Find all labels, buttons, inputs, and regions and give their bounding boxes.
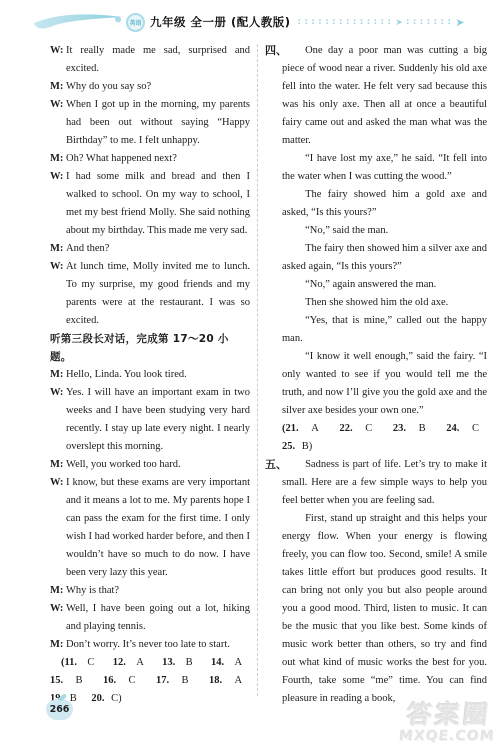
- dialogue-line: M:Why do you say so?: [50, 78, 250, 96]
- dialogue-line: W:Yes. I will have an important exam in …: [50, 384, 250, 456]
- answer-pair: (11. C: [61, 657, 94, 668]
- answer-letter: C: [365, 423, 372, 434]
- paragraph: “No,” again answered the man.: [282, 276, 487, 294]
- arrow-icon: ➤: [455, 16, 464, 29]
- speaker-label: M:: [50, 150, 66, 168]
- dialogue-text: Hello, Linda. You look tired.: [66, 369, 187, 380]
- answer-letter: A: [311, 423, 319, 434]
- answer-letter: B): [302, 441, 313, 452]
- column-divider: [257, 44, 258, 696]
- answer-pair: 23. B: [393, 423, 426, 434]
- answer-letter: B: [182, 675, 189, 686]
- paragraph: “I have lost my axe,” he said. “It fell …: [282, 150, 487, 186]
- dialogue-text: It really made me sad, surprised and exc…: [66, 45, 250, 74]
- answer-letter: A: [235, 675, 243, 686]
- answer-number: 12.: [113, 657, 126, 668]
- answer-pair: 20. C): [91, 693, 121, 704]
- dialogue-text: Oh? What happened next?: [66, 153, 177, 164]
- series-badge-label: 英语: [129, 18, 141, 27]
- paragraph: One day a poor man was cutting a big pie…: [282, 42, 487, 150]
- dotted-line: ::::::::::::::: [297, 17, 394, 27]
- answer-pair: (21. A: [282, 423, 319, 434]
- section-marker: 五、: [265, 456, 287, 474]
- paragraph: “Yes, that is mine,” called out the happ…: [282, 312, 487, 348]
- watermark: 答案圈 MXQE.COM: [398, 702, 498, 745]
- answer-pair: 18. A: [209, 675, 242, 686]
- dialogue-text: Well, you worked too hard.: [66, 459, 181, 470]
- answer-number: 16.: [103, 675, 116, 686]
- speaker-label: W:: [50, 600, 66, 618]
- speaker-label: W:: [50, 42, 66, 60]
- speaker-label: M:: [50, 366, 66, 384]
- dialogue-text: Why do you say so?: [66, 81, 151, 92]
- book-title: 九年级 全一册 (配人教版): [150, 14, 291, 30]
- speaker-label: M:: [50, 78, 66, 96]
- speaker-label: M:: [50, 456, 66, 474]
- answer-letter: B: [419, 423, 426, 434]
- dialogue-line: M:And then?: [50, 240, 250, 258]
- answer-pair: 13. B: [162, 657, 192, 668]
- answer-key-21-25: (21. A 22. C 23. B 24. C 25. B): [282, 420, 487, 456]
- dialogue-text: When I got up in the morning, my parents…: [66, 99, 250, 146]
- answer-number: 24.: [446, 423, 459, 434]
- page-body: W:It really made me sad, surprised and e…: [50, 42, 487, 708]
- dialogue-line: M:Hello, Linda. You look tired.: [50, 366, 250, 384]
- dialogue-text: Why is that?: [66, 585, 119, 596]
- speaker-label: W:: [50, 258, 66, 276]
- speaker-label: W:: [50, 384, 66, 402]
- speaker-label: W:: [50, 474, 66, 492]
- dialogue-line: M:Oh? What happened next?: [50, 150, 250, 168]
- answer-number: 15.: [50, 675, 63, 686]
- answer-pair: 22. C: [339, 423, 372, 434]
- right-column: 四、 One day a poor man was cutting a big …: [265, 42, 487, 708]
- answer-pair: 24. C: [446, 423, 479, 434]
- section-five: 五、 Sadness is part of life. Let’s try to…: [265, 456, 487, 708]
- page-number-badge: 266: [46, 699, 73, 720]
- paragraph: Sadness is part of life. Let’s try to ma…: [282, 456, 487, 510]
- speaker-label: M:: [50, 582, 66, 600]
- paragraph: First, stand up straight and this helps …: [282, 510, 487, 708]
- paragraph: “No,” said the man.: [282, 222, 487, 240]
- speaker-label: M:: [50, 636, 66, 654]
- answer-number: (11.: [61, 657, 77, 668]
- listening-section-heading: 听第三段长对话，完成第 17～20 小题。: [50, 330, 250, 366]
- swoosh-decoration-icon: [34, 12, 122, 32]
- speaker-label: W:: [50, 168, 66, 186]
- page-header: 英语 九年级 全一册 (配人教版) :::::::::::::: ➤ :::::…: [34, 9, 486, 35]
- answer-letter: A: [234, 657, 242, 668]
- answer-number: 25.: [282, 441, 295, 452]
- dialogue-line: W:I know, but these exams are very impor…: [50, 474, 250, 582]
- paragraph: The fairy then showed him a silver axe a…: [282, 240, 487, 276]
- dialogue-text: And then?: [66, 243, 109, 254]
- section-marker: 四、: [265, 42, 287, 60]
- section-four: 四、 One day a poor man was cutting a big …: [265, 42, 487, 456]
- answer-letter: A: [136, 657, 144, 668]
- series-badge-icon: 英语: [126, 13, 145, 32]
- answer-pair: 16. C: [103, 675, 136, 686]
- left-column: W:It really made me sad, surprised and e…: [50, 42, 250, 708]
- answer-number: 14.: [211, 657, 224, 668]
- answer-number: 17.: [156, 675, 169, 686]
- paragraph: “I know it well enough,” said the fairy.…: [282, 348, 487, 420]
- dialogue-text: Well, I have been going out a lot, hikin…: [66, 603, 250, 632]
- speaker-label: W:: [50, 96, 66, 114]
- dialogue-line: W:Well, I have been going out a lot, hik…: [50, 600, 250, 636]
- dialogue-text: At lunch time, Molly invited me to lunch…: [66, 261, 250, 326]
- page-number: 266: [50, 704, 70, 715]
- dialogue-line: W:At lunch time, Molly invited me to lun…: [50, 258, 250, 330]
- answer-number: 23.: [393, 423, 406, 434]
- answer-letter: C: [87, 657, 94, 668]
- dialogue-text: Don’t worry. It’s never too late to star…: [66, 639, 230, 650]
- answer-key-11-20: (11. C 12. A 13. B 14. A 15. B 16. C 17.…: [50, 654, 250, 708]
- paragraph: The fairy showed him a gold axe and aske…: [282, 186, 487, 222]
- dialogue-text: I had some milk and bread and then I wal…: [66, 171, 250, 236]
- answer-pair: 12. A: [113, 657, 144, 668]
- watermark-url: MXQE.COM: [398, 728, 495, 745]
- answer-number: 22.: [339, 423, 352, 434]
- dialogue-line: M:Well, you worked too hard.: [50, 456, 250, 474]
- answer-letter: B: [76, 675, 83, 686]
- answer-number: 13.: [162, 657, 175, 668]
- answer-pair: 17. B: [156, 675, 189, 686]
- watermark-logo-text: 答案圈: [400, 702, 498, 728]
- answer-letter: B: [186, 657, 193, 668]
- answer-pair: 14. A: [211, 657, 242, 668]
- speaker-label: M:: [50, 240, 66, 258]
- dialogue-line: W:It really made me sad, surprised and e…: [50, 42, 250, 78]
- answer-pair: 25. B): [282, 441, 312, 452]
- arrow-icon: ➤: [395, 17, 403, 28]
- dialogue-text: Yes. I will have an important exam in tw…: [66, 387, 250, 452]
- dialogue-text: I know, but these exams are very importa…: [66, 477, 250, 578]
- dialogue-line: W:I had some milk and bread and then I w…: [50, 168, 250, 240]
- answer-letter: C: [472, 423, 479, 434]
- paragraph: Then she showed him the old axe.: [282, 294, 487, 312]
- dialogue-line: M:Don’t worry. It’s never too late to st…: [50, 636, 250, 654]
- answer-number: 20.: [91, 693, 104, 704]
- answer-number: 18.: [209, 675, 222, 686]
- answer-pair: 15. B: [50, 675, 83, 686]
- dialogue-line: M:Why is that?: [50, 582, 250, 600]
- dialogue-line: W:When I got up in the morning, my paren…: [50, 96, 250, 150]
- answer-letter: C): [111, 693, 122, 704]
- answer-letter: C: [129, 675, 136, 686]
- dotted-line: :::::::: [405, 17, 453, 27]
- answer-number: (21.: [282, 423, 299, 434]
